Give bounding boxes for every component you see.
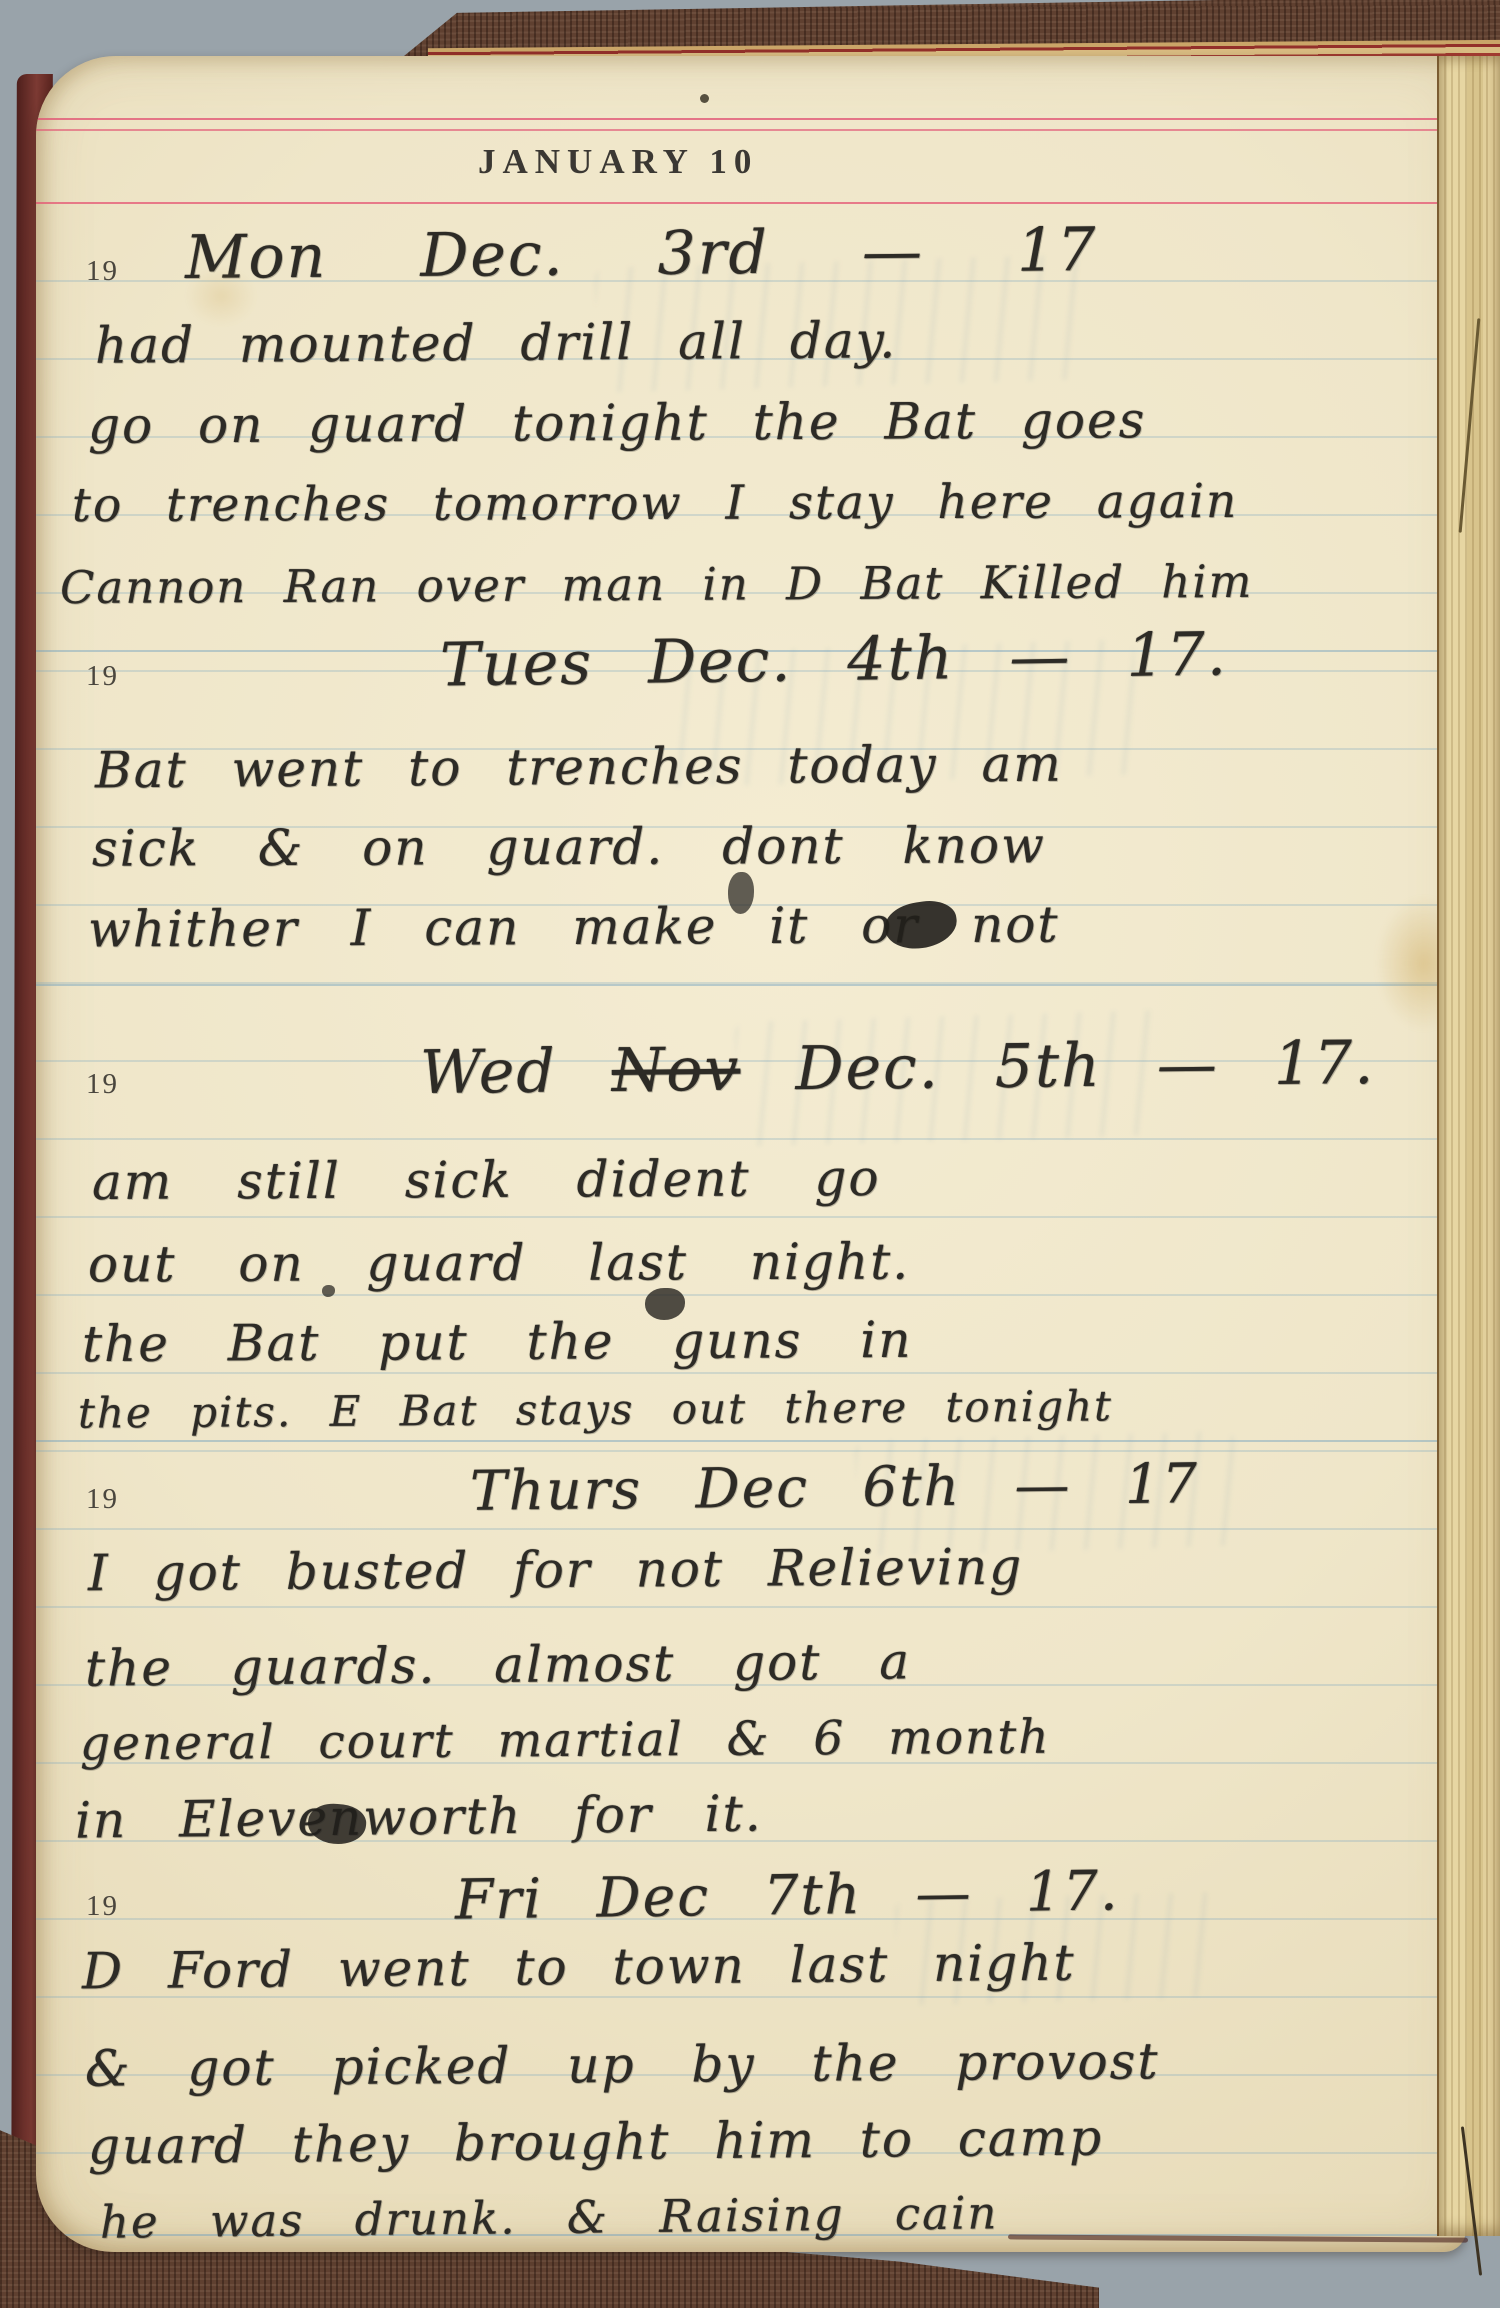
entry-date-heading-struck-word: Nov [611, 1035, 740, 1106]
entry-line: to trenches tomorrow I stay here again [72, 478, 1238, 529]
entry-date-heading: Tues Dec. 4th — 17. [440, 625, 1229, 696]
page-stack-fore-edge [1437, 56, 1500, 2236]
entry-date-heading: Wed Nov Dec. 5th — 17. [420, 1033, 1376, 1103]
printed-year-prefix: 19 [86, 660, 119, 693]
printed-year-prefix: 19 [86, 255, 119, 288]
printed-year-prefix: 19 [86, 1068, 119, 1101]
entry-date-heading: Fri Dec 7th — 17. [455, 1863, 1120, 1927]
paper-stain [186, 266, 256, 326]
entry-line: in Elevenworth for it. [75, 1788, 763, 1845]
entry-date-heading: Mon Dec. 3rd — 17 [185, 220, 1098, 288]
entry-line: the pits. E Bat stays out there tonight [78, 1385, 1113, 1434]
entry-line: out on guard last night. [88, 1237, 910, 1290]
ruled-line [36, 1440, 1466, 1442]
entry-line: D Ford went to town last night [82, 1938, 1076, 1997]
entry-line: the Bat put the guns in [82, 1315, 913, 1369]
entry-line: the guards. almost got a [85, 1636, 911, 1693]
paper-speck [700, 94, 709, 103]
entry-line: sick & on guard. dont know [92, 820, 1046, 873]
entry-line: go on guard tonight the Bat goes [88, 395, 1147, 451]
entry-line: general court martial & 6 month [80, 1714, 1051, 1768]
scanned-diary-photo: JANUARY 10 19 Mon Dec. 3rd — 17 had moun… [0, 0, 1500, 2308]
header-pink-rule [36, 202, 1466, 204]
printed-year-prefix: 19 [86, 1890, 119, 1923]
printed-year-prefix: 19 [86, 1483, 119, 1516]
diary-page: JANUARY 10 19 Mon Dec. 3rd — 17 had moun… [36, 56, 1466, 2252]
entry-line: & got picked up by the provost [85, 2036, 1160, 2093]
entry-line: he was drunk. & Raising cain [100, 2190, 999, 2244]
entry-line: Cannon Ran over man in D Bat Killed him [60, 559, 1254, 610]
top-double-pink-rule [36, 118, 1466, 131]
entry-date-heading-day: Wed [420, 1037, 557, 1108]
printed-month-header: JANUARY 10 [478, 142, 758, 182]
entry-line: am still sick dident go [92, 1153, 881, 1207]
ruled-line [36, 984, 1466, 986]
entry-line: I got busted for not Relieving [88, 1542, 1023, 1599]
entry-line: Bat went to trenches today am [95, 739, 1063, 796]
entry-date-heading-date: Dec. 5th — 17. [795, 1028, 1376, 1104]
entry-date-heading: Thurs Dec 6th — 17 [470, 1456, 1199, 1519]
entry-line: guard they brought him to camp [88, 2113, 1103, 2172]
